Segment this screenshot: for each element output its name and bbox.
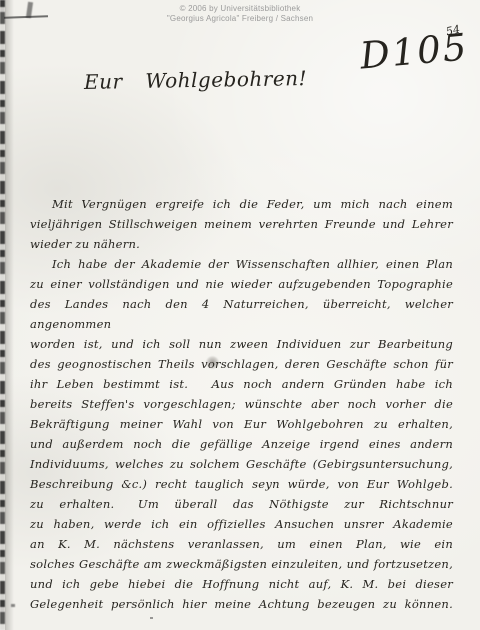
archive-mark: D105 xyxy=(358,25,470,77)
letter-body: Mit Vergnügen ergreife ich die Feder, um… xyxy=(30,194,453,614)
handwritten-line: wieder zu nähern. xyxy=(30,234,453,254)
handwritten-line: vieljährigen Stillschweigen meinem vereh… xyxy=(30,214,453,234)
salutation: Eur Wohlgebohren! xyxy=(84,66,307,94)
handwritten-line: Mit Vergnügen ergreife ich die Feder, um… xyxy=(30,194,453,214)
handwritten-line: Individuums, welches zu solchem Geschäft… xyxy=(30,454,453,474)
handwritten-line: Gelegenheit persönlich hier meine Achtun… xyxy=(30,594,453,614)
handwritten-line: des Landes nach den 4 Naturreichen, über… xyxy=(30,294,453,334)
scanned-letter-page: © 2006 by Universitätsbibliothek "Georgi… xyxy=(0,0,480,630)
handwritten-line: Bekräftigung meiner Wahl von Eur Wohlgeb… xyxy=(30,414,453,434)
handwritten-line: und außerdem noch die gefällige Anzeige … xyxy=(30,434,453,454)
handwritten-line: zu einer vollständigen und nie wieder au… xyxy=(30,274,453,294)
scan-edge-shadow xyxy=(5,0,14,630)
scan-speck xyxy=(11,604,15,607)
handwritten-line: des geognostischen Theils vorschlagen, d… xyxy=(30,354,453,374)
handwritten-line: worden ist, und ich soll nun zween Indiv… xyxy=(30,334,453,354)
handwritten-line: an K. M. nächstens veranlassen, um einen… xyxy=(30,534,453,554)
copyright-line-2: "Georgius Agricola" Freiberg / Sachsen xyxy=(0,14,480,24)
scan-speck xyxy=(150,617,153,619)
handwritten-line: Beschreibung &c.) recht tauglich seyn wü… xyxy=(30,474,453,494)
handwritten-line: ihr Leben bestimmt ist. Aus noch andern … xyxy=(30,374,453,394)
handwritten-line: zu erhalten. Um überall das Nöthigste zu… xyxy=(30,494,453,514)
handwritten-line: bereits Steffen's vorgeschlagen; wünscht… xyxy=(30,394,453,414)
handwritten-line: zu haben, werde ich ein offizielles Ansu… xyxy=(30,514,453,534)
copyright-line-1: © 2006 by Universitätsbibliothek xyxy=(0,4,480,14)
handwritten-line: und ich gebe hiebei die Hoffnung nicht a… xyxy=(30,574,453,594)
copyright-stamp: © 2006 by Universitätsbibliothek "Georgi… xyxy=(0,4,480,24)
handwritten-line: Ich habe der Akademie der Wissenschaften… xyxy=(30,254,453,274)
handwritten-line: solches Geschäfte am zweckmäßigsten einz… xyxy=(30,554,453,574)
